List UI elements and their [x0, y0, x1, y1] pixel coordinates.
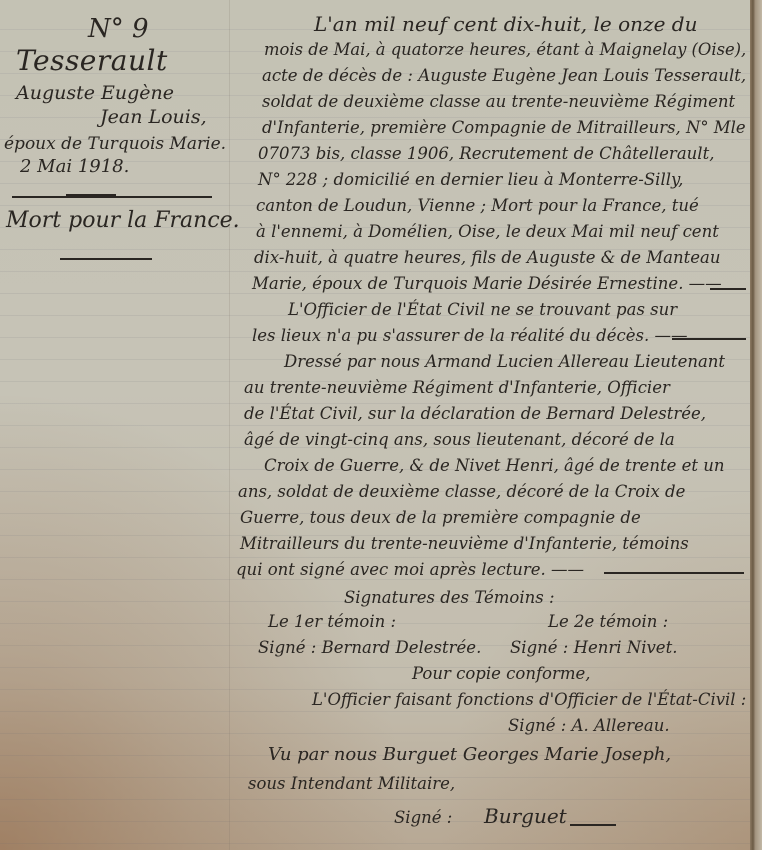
line-filler-rule: [604, 572, 744, 574]
body-line: d'Infanterie, première Compagnie de Mitr…: [262, 118, 746, 137]
body-line: dix-huit, à quatre heures, fils de Augus…: [254, 248, 720, 267]
visa-line-1: Vu par nous Burguet Georges Marie Joseph…: [268, 744, 671, 765]
body-line: Dressé par nous Armand Lucien Allereau L…: [284, 352, 725, 371]
witness2-label: Le 2e témoin :: [548, 612, 668, 631]
act-body: L'an mil neuf cent dix-huit, le onze du …: [0, 0, 752, 850]
body-line: canton de Loudun, Vienne ; Mort pour la …: [256, 196, 699, 215]
body-line: Marie, époux de Turquois Marie Désirée E…: [252, 274, 722, 293]
body-line: L'Officier de l'État Civil ne se trouvan…: [288, 300, 677, 319]
register-page: N° 9 Tesserault Auguste Eugène Jean Loui…: [0, 0, 762, 850]
witness1-label: Le 1er témoin :: [268, 612, 396, 631]
body-line: âgé de vingt-cinq ans, sous lieutenant, …: [244, 430, 675, 449]
body-line: acte de décès de : Auguste Eugène Jean L…: [262, 66, 746, 86]
body-line: à l'ennemi, à Domélien, Oise, le deux Ma…: [256, 222, 719, 241]
officer-signature: Signé : A. Allereau.: [508, 716, 670, 735]
intendant-signature: Burguet: [484, 804, 567, 828]
body-line: Croix de Guerre, & de Nivet Henri, âgé d…: [264, 456, 725, 475]
body-line: ans, soldat de deuxième classe, décoré d…: [238, 482, 685, 501]
visa-signed-label: Signé :: [394, 808, 452, 827]
body-line: Guerre, tous deux de la première compagn…: [240, 508, 641, 527]
body-line: N° 228 ; domicilié en dernier lieu à Mon…: [258, 170, 683, 189]
signature-flourish: [570, 824, 616, 826]
copy-conformity-line: Pour copie conforme,: [412, 664, 591, 683]
page-binding-edge: [750, 0, 762, 850]
officer-functions-line: L'Officier faisant fonctions d'Officier …: [312, 690, 746, 709]
witness2-signature: Signé : Henri Nivet.: [510, 638, 677, 657]
body-line: les lieux n'a pu s'assurer de la réalité…: [252, 326, 687, 345]
witness-signatures-heading: Signatures des Témoins :: [344, 588, 555, 607]
body-line: 07073 bis, classe 1906, Recrutement de C…: [258, 144, 714, 163]
body-line: de l'État Civil, sur la déclaration de B…: [244, 404, 706, 423]
body-line: qui ont signé avec moi après lecture. ——: [236, 560, 584, 579]
visa-line-2: sous Intendant Militaire,: [248, 774, 455, 793]
witness1-signature: Signé : Bernard Delestrée.: [258, 638, 481, 657]
line-filler-rule: [710, 288, 746, 290]
line-filler-rule: [672, 338, 746, 340]
body-line: soldat de deuxième classe au trente-neuv…: [262, 92, 735, 111]
body-line: mois de Mai, à quatorze heures, étant à …: [264, 40, 746, 59]
body-line: au trente-neuvième Régiment d'Infanterie…: [244, 378, 670, 397]
body-line: L'an mil neuf cent dix-huit, le onze du: [314, 12, 697, 36]
body-line: Mitrailleurs du trente-neuvième d'Infant…: [240, 534, 689, 553]
